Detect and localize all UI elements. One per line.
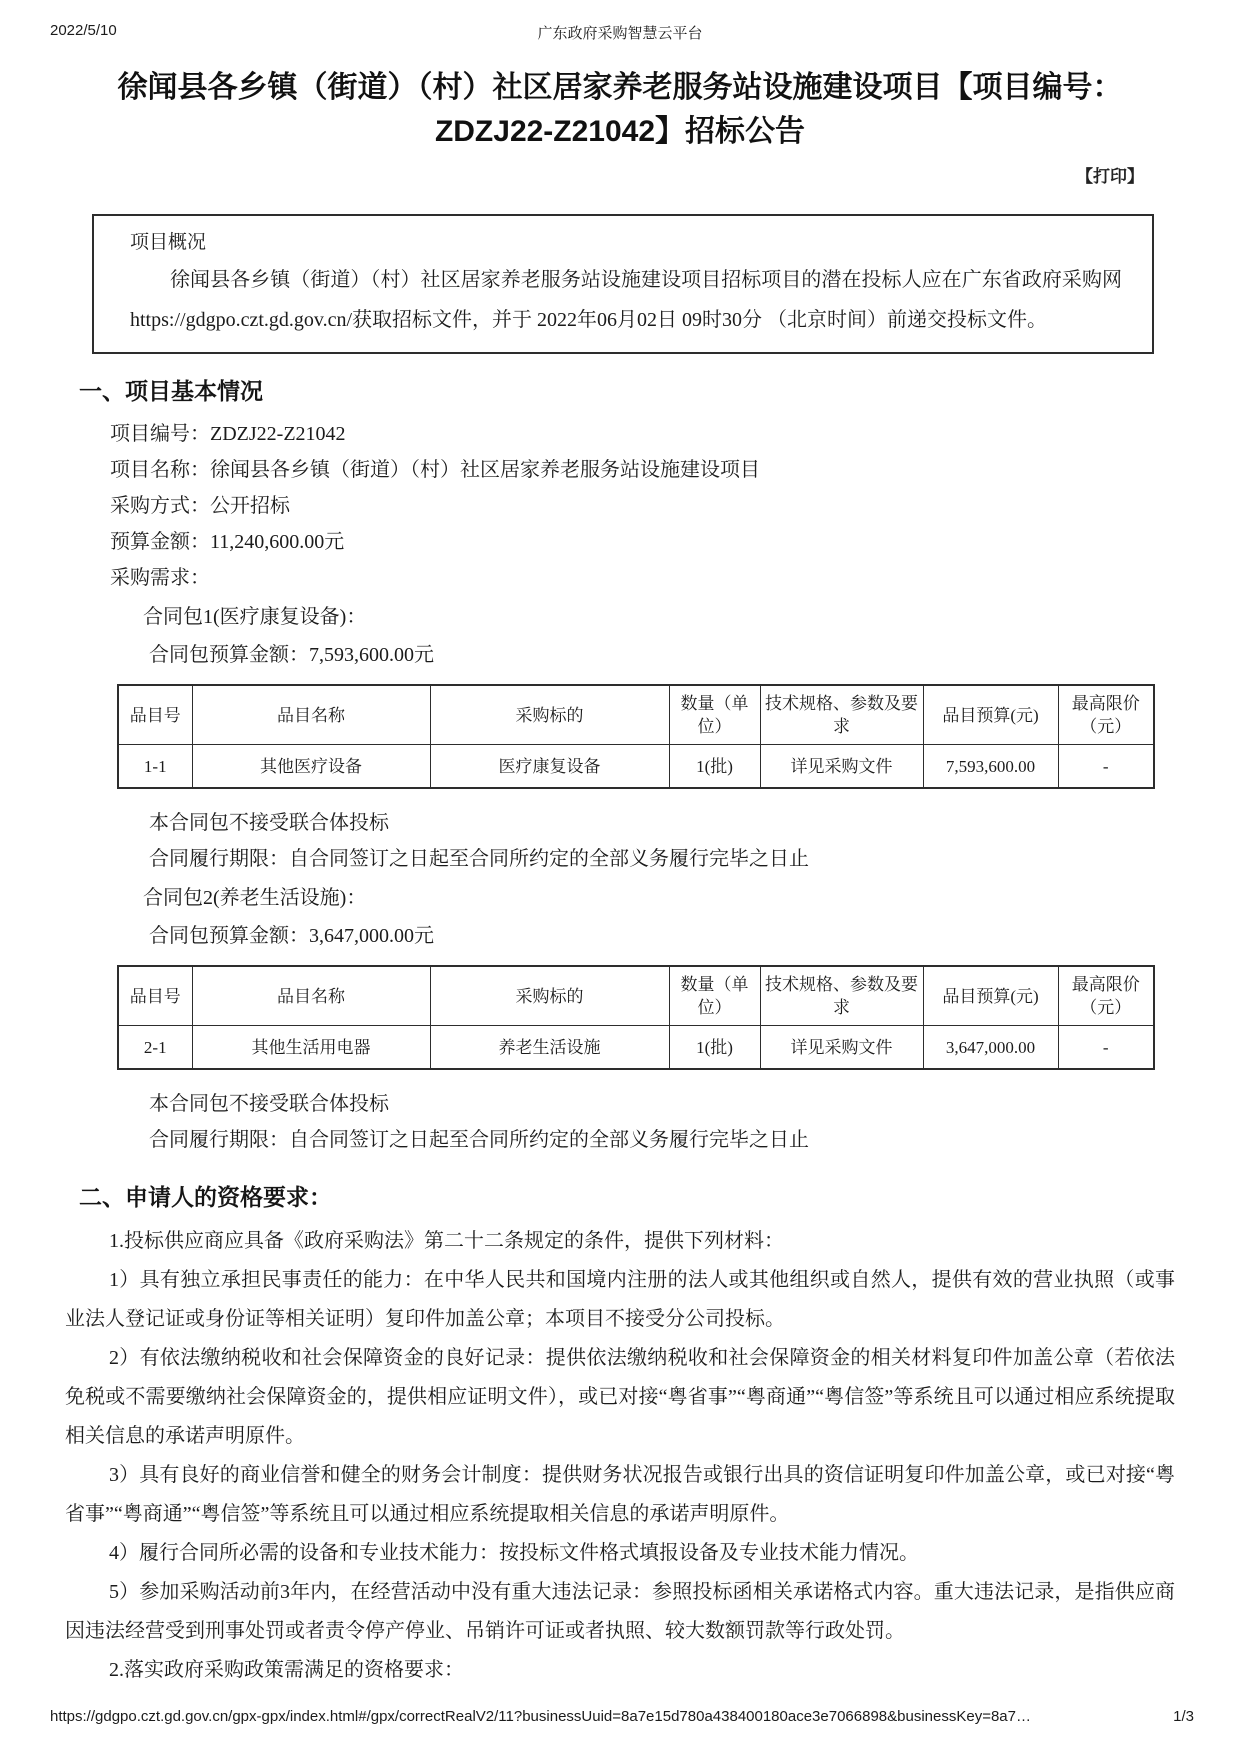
cell-quantity: 1(批) [669,1026,760,1070]
field-procurement-method: 采购方式：公开招标 [110,488,1175,524]
column-header: 采购标的 [430,685,669,745]
field-budget-amount: 预算金额：11,240,600.00元 [110,524,1175,560]
print-footer: https://gdgpo.czt.gd.gov.cn/gpx-gpx/inde… [50,1708,1194,1728]
table-row: 1-1 其他医疗设备 医疗康复设备 1(批) 详见采购文件 7,593,600.… [118,745,1154,789]
cell-item-name: 其他医疗设备 [192,745,430,789]
print-header-site-title: 广东政府采购智慧云平台 [0,22,1240,43]
column-header: 最高限价（元） [1058,966,1154,1026]
basic-info-fields: 项目编号：ZDZJ22-Z21042 项目名称：徐闻县各乡镇（街道）（村）社区居… [110,416,1175,596]
package2-note-consortium: 本合同包不接受联合体投标 [149,1086,1175,1122]
cell-specs: 详见采购文件 [760,745,923,789]
cell-specs: 详见采购文件 [760,1026,923,1070]
column-header: 技术规格、参数及要求 [760,966,923,1026]
column-header: 品目名称 [192,685,430,745]
column-header: 品目号 [118,966,192,1026]
cell-procurement-target: 医疗康复设备 [430,745,669,789]
package1-title: 合同包1(医疗康复设备)： [143,598,1175,636]
table-header-row: 品目号 品目名称 采购标的 数量（单位） 技术规格、参数及要求 品目预算(元) … [118,685,1154,745]
cell-quantity: 1(批) [669,745,760,789]
table-header-row: 品目号 品目名称 采购标的 数量（单位） 技术规格、参数及要求 品目预算(元) … [118,966,1154,1026]
qualification-paragraph: 4）履行合同所必需的设备和专业技术能力：按投标文件格式填报设备及专业技术能力情况… [65,1534,1175,1573]
qualification-paragraph: 2）有依法缴纳税收和社会保障资金的良好记录：提供依法缴纳税收和社会保障资金的相关… [65,1339,1175,1456]
print-footer-page-indicator: 1/3 [1173,1708,1194,1725]
section2-heading: 二、申请人的资格要求： [79,1182,1175,1212]
column-header: 品目预算(元) [923,966,1058,1026]
package2-item-table: 品目号 品目名称 采购标的 数量（单位） 技术规格、参数及要求 品目预算(元) … [117,965,1155,1070]
qualification-paragraph: 2.落实政府采购政策需满足的资格要求： [65,1651,1175,1690]
print-button-row: 【打印】 [0,162,1240,186]
overview-heading: 项目概况 [130,230,1122,256]
print-button[interactable]: 【打印】 [1076,167,1144,186]
column-header: 技术规格、参数及要求 [760,685,923,745]
print-header: 2022/5/10 广东政府采购智慧云平台 [0,22,1240,42]
qualification-paragraph: 5）参加采购活动前3年内，在经营活动中没有重大违法记录：参照投标函相关承诺格式内… [65,1573,1175,1651]
column-header: 采购标的 [430,966,669,1026]
overview-body: 徐闻县各乡镇（街道）（村）社区居家养老服务站设施建设项目招标项目的潜在投标人应在… [130,260,1122,340]
project-overview-box: 项目概况 徐闻县各乡镇（街道）（村）社区居家养老服务站设施建设项目招标项目的潜在… [92,214,1154,354]
field-project-number: 项目编号：ZDZJ22-Z21042 [110,416,1175,452]
qualification-paragraph: 1.投标供应商应具备《政府采购法》第二十二条规定的条件，提供下列材料： [65,1222,1175,1261]
package1-item-table: 品目号 品目名称 采购标的 数量（单位） 技术规格、参数及要求 品目预算(元) … [117,684,1155,789]
package1-note-consortium: 本合同包不接受联合体投标 [149,805,1175,841]
cell-item-name: 其他生活用电器 [192,1026,430,1070]
column-header: 数量（单位） [669,966,760,1026]
column-header: 数量（单位） [669,685,760,745]
package2-budget: 合同包预算金额：3,647,000.00元 [149,917,1175,955]
package2-title: 合同包2(养老生活设施)： [143,879,1175,917]
document-content: 一、项目基本情况 项目编号：ZDZJ22-Z21042 项目名称：徐闻县各乡镇（… [0,376,1240,1690]
cell-item-no: 1-1 [118,745,192,789]
column-header: 品目名称 [192,966,430,1026]
qualification-paragraphs: 1.投标供应商应具备《政府采购法》第二十二条规定的条件，提供下列材料： 1）具有… [65,1222,1175,1690]
package2-note-performance-period: 合同履行期限：自合同签订之日起至合同所约定的全部义务履行完毕之日止 [149,1122,1175,1158]
field-procurement-demand: 采购需求： [110,560,1175,596]
field-project-name: 项目名称：徐闻县各乡镇（街道）（村）社区居家养老服务站设施建设项目 [110,452,1175,488]
column-header: 品目预算(元) [923,685,1058,745]
cell-budget: 7,593,600.00 [923,745,1058,789]
cell-item-no: 2-1 [118,1026,192,1070]
qualification-paragraph: 1）具有独立承担民事责任的能力：在中华人民共和国境内注册的法人或其他组织或自然人… [65,1261,1175,1339]
package1-budget: 合同包预算金额：7,593,600.00元 [149,636,1175,674]
cell-max-price: - [1058,745,1154,789]
column-header: 最高限价（元） [1058,685,1154,745]
cell-max-price: - [1058,1026,1154,1070]
cell-budget: 3,647,000.00 [923,1026,1058,1070]
print-footer-url: https://gdgpo.czt.gd.gov.cn/gpx-gpx/inde… [50,1708,1031,1725]
column-header: 品目号 [118,685,192,745]
section1-heading: 一、项目基本情况 [79,376,1175,406]
qualification-paragraph: 3）具有良好的商业信誉和健全的财务会计制度：提供财务状况报告或银行出具的资信证明… [65,1456,1175,1534]
package1-note-performance-period: 合同履行期限：自合同签订之日起至合同所约定的全部义务履行完毕之日止 [149,841,1175,877]
document-page: { "colors": {"text": "#1b1b1b", "border"… [0,0,1240,1754]
table-row: 2-1 其他生活用电器 养老生活设施 1(批) 详见采购文件 3,647,000… [118,1026,1154,1070]
cell-procurement-target: 养老生活设施 [430,1026,669,1070]
